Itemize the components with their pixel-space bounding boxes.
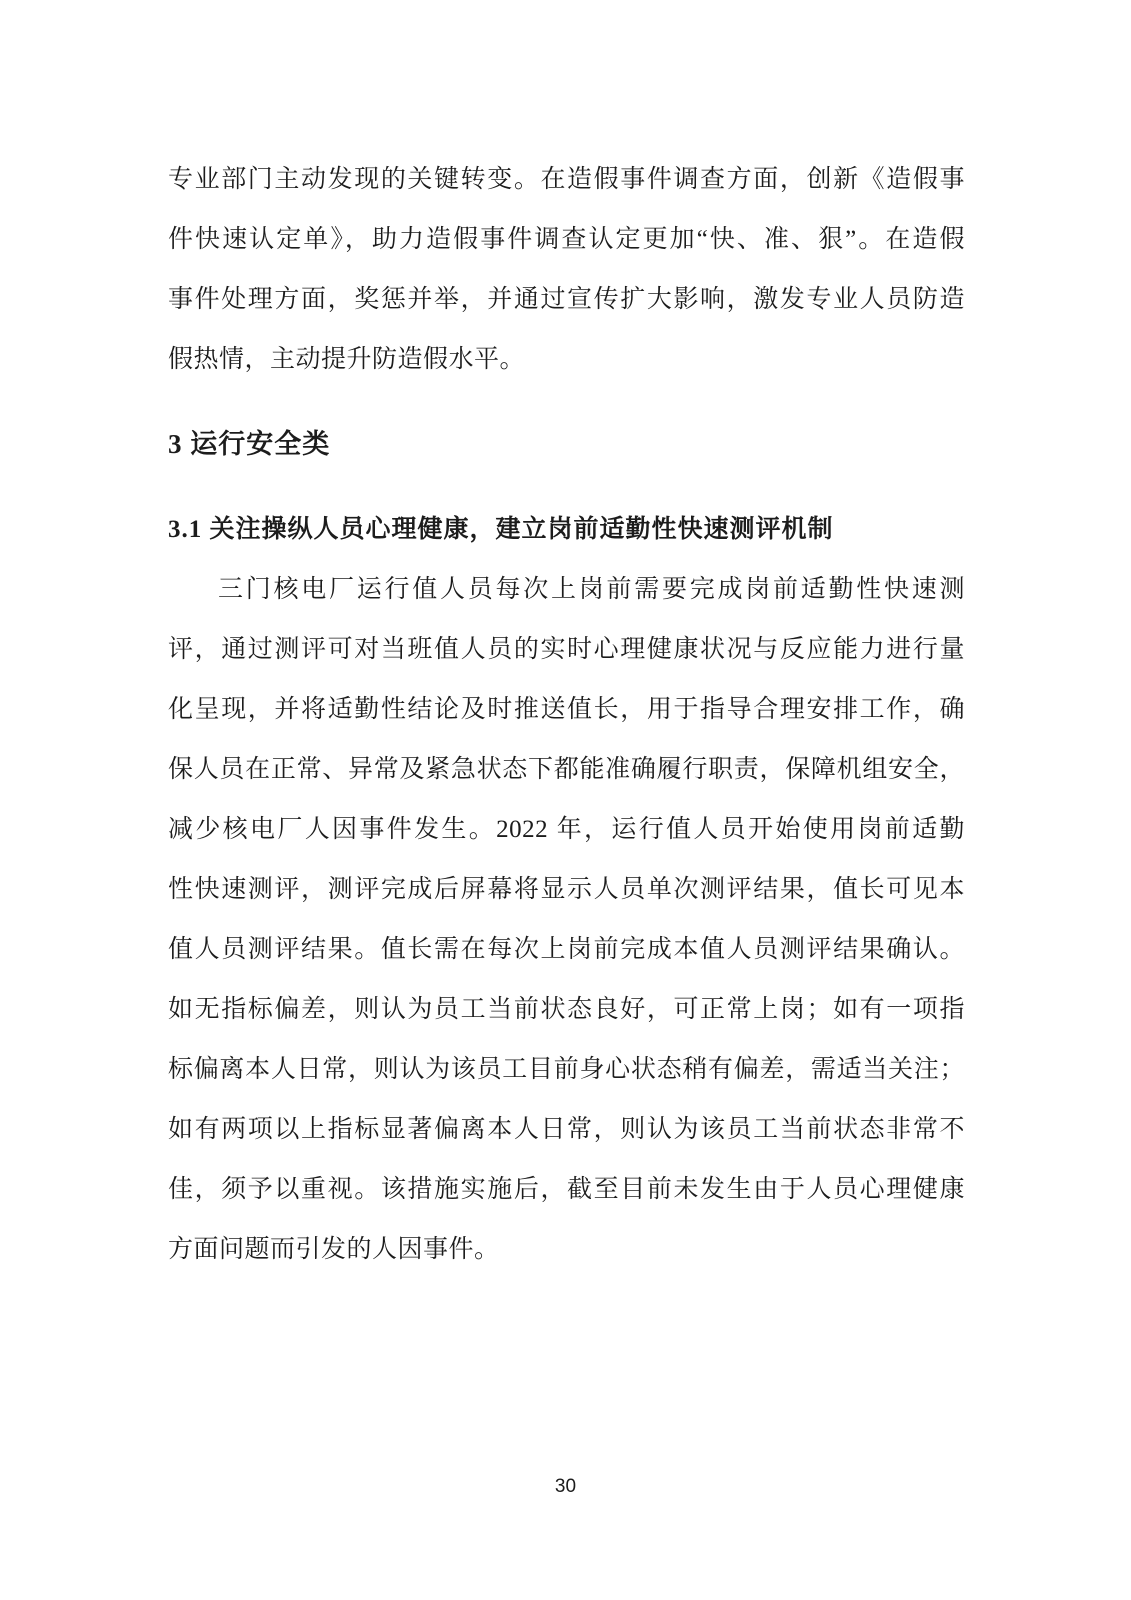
continuation-paragraph: 专业部门主动发现的关键转变。在造假事件调查方面，创新《造假事件快速认定单》，助力… xyxy=(168,150,965,390)
page-content: 专业部门主动发现的关键转变。在造假事件调查方面，创新《造假事件快速认定单》，助力… xyxy=(168,150,965,1280)
document-page: 专业部门主动发现的关键转变。在造假事件调查方面，创新《造假事件快速认定单》，助力… xyxy=(0,0,1131,1600)
subsection-heading: 3.1 关注操纵人员心理健康，建立岗前适勤性快速测评机制 xyxy=(168,500,965,560)
text-line: 三门核电厂运行值人员每次上岗前需要完成岗前适勤性快速测 xyxy=(168,560,965,620)
text-line: 评，通过测评可对当班值人员的实时心理健康状况与反应能力进行量 xyxy=(168,620,965,680)
section-heading: 3 运行安全类 xyxy=(168,414,965,474)
text-line: 件快速认定单》，助力造假事件调查认定更加“快、准、狠”。在造假 xyxy=(168,210,965,270)
body-paragraph: 三门核电厂运行值人员每次上岗前需要完成岗前适勤性快速测评，通过测评可对当班值人员… xyxy=(168,560,965,1280)
text-line: 性快速测评，测评完成后屏幕将显示人员单次测评结果，值长可见本 xyxy=(168,860,965,920)
text-line: 假热情，主动提升防造假水平。 xyxy=(168,330,965,390)
text-line: 事件处理方面，奖惩并举，并通过宣传扩大影响，激发专业人员防造 xyxy=(168,270,965,330)
text-line: 专业部门主动发现的关键转变。在造假事件调查方面，创新《造假事 xyxy=(168,150,965,210)
text-line: 保人员在正常、异常及紧急状态下都能准确履行职责，保障机组安全， xyxy=(168,740,965,800)
text-line: 如有两项以上指标显著偏离本人日常，则认为该员工当前状态非常不 xyxy=(168,1100,965,1160)
text-line: 值人员测评结果。值长需在每次上岗前完成本值人员测评结果确认。 xyxy=(168,920,965,980)
text-line: 佳，须予以重视。该措施实施后，截至目前未发生由于人员心理健康 xyxy=(168,1160,965,1220)
text-line: 如无指标偏差，则认为员工当前状态良好，可正常上岗；如有一项指 xyxy=(168,980,965,1040)
page-number: 30 xyxy=(0,1476,1131,1498)
text-line: 标偏离本人日常，则认为该员工目前身心状态稍有偏差，需适当关注； xyxy=(168,1040,965,1100)
text-line: 方面问题而引发的人因事件。 xyxy=(168,1220,965,1280)
text-line: 化呈现，并将适勤性结论及时推送值长，用于指导合理安排工作，确 xyxy=(168,680,965,740)
text-line: 减少核电厂人因事件发生。2022 年，运行值人员开始使用岗前适勤 xyxy=(168,800,965,860)
